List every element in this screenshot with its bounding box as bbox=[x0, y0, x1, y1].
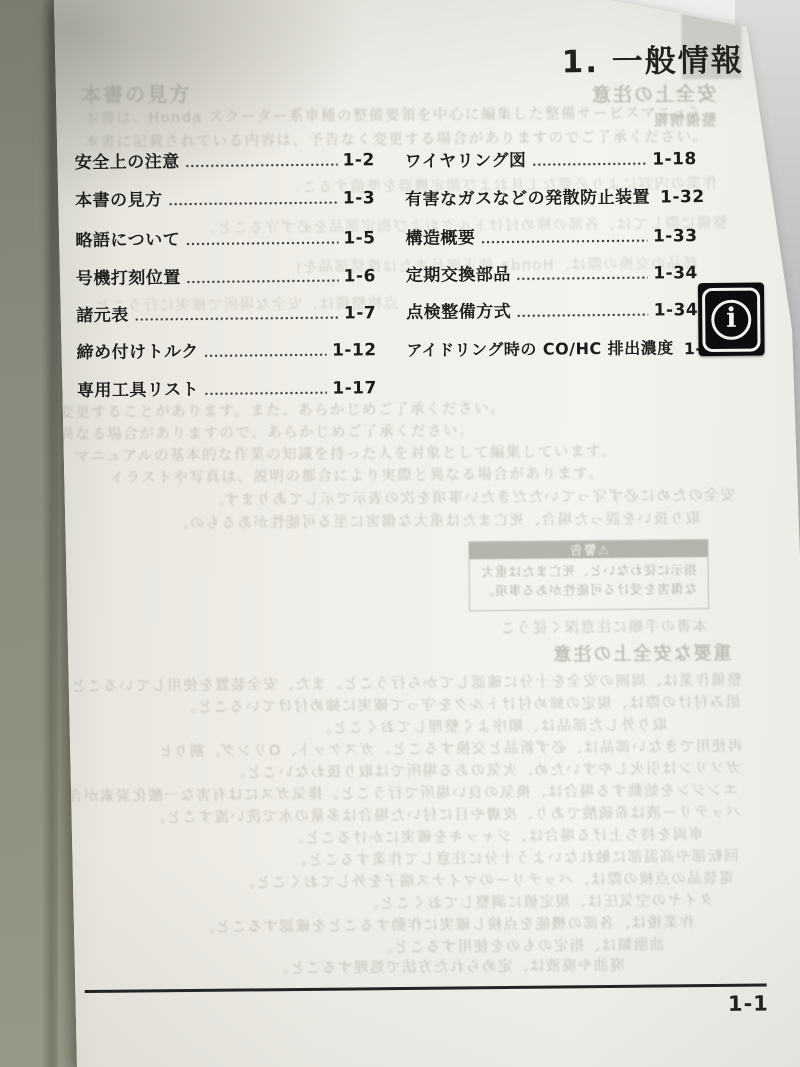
bleedthrough-warning-body: 指示に従わないと、死亡または重大な傷害を受ける可能性がある事項。 bbox=[470, 557, 708, 605]
toc-entry: 有害なガスなどの発散防止装置1-32 bbox=[405, 183, 697, 210]
toc-leader-dots bbox=[204, 334, 328, 359]
toc-entry: アイドリング時の CO/HC 排出濃度1-36 bbox=[406, 334, 698, 361]
page-number: 1-1 bbox=[605, 991, 769, 1017]
bleedthrough-line: 廃油や廃液は、定められた方法で処理すること。 bbox=[174, 954, 624, 979]
toc-label: 定期交換部品 bbox=[406, 260, 511, 286]
toc-entry: 定期交換部品1-34 bbox=[406, 259, 698, 286]
bleedthrough-heading-left: 本書の見方 bbox=[81, 78, 191, 108]
manual-page: 本書の見方 安全上の注意 整備情報 本書は、Honda スクーター系車種の整備要… bbox=[0, 0, 800, 1067]
toc-entry: 専用工具リスト1-17 bbox=[77, 374, 377, 401]
toc-page-number: 1-34 bbox=[654, 300, 699, 320]
toc-entry: 点検整備方式1-34 bbox=[406, 296, 698, 323]
bleedthrough-line: 点検整備は、安全な場所で確実に行うこと。 bbox=[86, 292, 398, 316]
bleedthrough-section-heading: 重要な安全上の注意 bbox=[541, 639, 731, 667]
bleedthrough-line: 取り外した部品は、順序よく整理しておくこと。 bbox=[67, 713, 667, 740]
toc-label: 諸元表 bbox=[76, 301, 129, 327]
bleedthrough-line: 車両を持ち上げる場合は、ジャッキを確実にかけること。 bbox=[233, 823, 703, 849]
bleedthrough-warning-band: ⚠ 警告 bbox=[469, 540, 707, 559]
bleedthrough-line: エンジンを始動する場合は、換気の良い場所で行うこと。排気ガスには有害な一酸化炭素… bbox=[68, 779, 738, 806]
info-icon: i bbox=[711, 299, 751, 339]
toc-label: 号機打刻位置 bbox=[76, 263, 181, 289]
bleedthrough-line: 部品の交換の際は、Honda 純正部品または推奨部品を使用すること。 bbox=[298, 252, 698, 277]
toc-leader-dots bbox=[516, 294, 649, 319]
bleedthrough-line: 本書は、Honda スクーター系車種の整備要領を中心に編集した整備サービスマニュ… bbox=[84, 101, 696, 128]
toc-entry: 略語について1-5 bbox=[75, 224, 375, 251]
bleedthrough-line: タイヤの空気圧は、規定値に調整しておくこと。 bbox=[99, 889, 714, 916]
bleedthrough-tab-shadow bbox=[681, 9, 742, 80]
toc-entry: 号機打刻位置1-6 bbox=[76, 262, 376, 289]
bleedthrough-line: ガソリンは引火しやすいため、火気のある場所では取り扱わないこと。 bbox=[68, 757, 741, 784]
chapter-info-tab: i bbox=[698, 282, 765, 356]
bleedthrough-line: 回転部や高温部に触れないよう十分に注意して作業すること。 bbox=[68, 845, 738, 872]
toc-page-number: 1-12 bbox=[332, 340, 377, 360]
toc-entry: 本書の見方1-3 bbox=[75, 184, 375, 211]
toc-entry: ワイヤリング図1-18 bbox=[405, 145, 697, 172]
toc-label: 専用工具リスト bbox=[77, 375, 199, 401]
toc-page-number: 1-36 bbox=[684, 339, 726, 358]
toc-page-number: 1-5 bbox=[343, 228, 375, 248]
bleedthrough-line: バッテリー液は希硫酸であり、皮膚や目に付いた場合は多量の水で洗い流すこと。 bbox=[68, 801, 741, 828]
bleedthrough-line: マニュアルの基本的な作業の知識を持った人を対象として編集しています。 bbox=[74, 439, 734, 466]
toc-page-number: 1-17 bbox=[332, 378, 377, 398]
toc-page-number: 1-32 bbox=[660, 187, 705, 207]
toc-leader-dots bbox=[167, 182, 338, 208]
toc-leader-dots bbox=[186, 260, 339, 285]
toc-page-number: 1-18 bbox=[652, 149, 697, 169]
bleedthrough-line: 作業後は、各部の機能を点検し確実に作動することを確認すること。 bbox=[124, 911, 694, 937]
toc-label: 有害なガスなどの発散防止装置 bbox=[405, 183, 650, 210]
bleedthrough-line: 変更することがあります。また、あらかじめご了承ください。 bbox=[59, 395, 739, 423]
toc-leader-dots bbox=[185, 222, 338, 247]
page-content: 本書の見方 安全上の注意 整備情報 本書は、Honda スクーター系車種の整備要… bbox=[0, 0, 800, 1067]
toc-leader-dots bbox=[516, 257, 649, 282]
toc-page-number: 1-6 bbox=[344, 266, 376, 286]
toc-page-number: 1-33 bbox=[653, 226, 698, 246]
toc-entry: 構造概要1-33 bbox=[405, 222, 697, 249]
bleedthrough-warning-box: ⚠ 警告 指示に従わないと、死亡または重大な傷害を受ける可能性がある事項。 bbox=[468, 539, 709, 611]
bleedthrough-line: 安全のために必ず守っていただきたい事項を次の表示で示してあります。 bbox=[60, 484, 735, 511]
toc-label: 点検整備方式 bbox=[406, 297, 511, 323]
bleedthrough-heading-right: 安全上の注意 bbox=[556, 79, 716, 108]
warning-triangle-icon: ⚠ bbox=[596, 542, 609, 556]
toc-leader-dots bbox=[531, 143, 647, 168]
bleedthrough-line: 組み付けの際は、規定の締め付けトルクを守って確実に締め付けていること。 bbox=[67, 691, 740, 718]
toc-label: ワイヤリング図 bbox=[405, 146, 527, 172]
bleedthrough-line: 本書に記載されている内容は、予告なく変更する場合がありますのでご了承ください。 bbox=[84, 125, 716, 152]
bleedthrough-line: 作業の内容により必要な工具および測定機器を準備すること。 bbox=[297, 172, 717, 197]
toc-label: アイドリング時の CO/HC 排出濃度 bbox=[406, 335, 673, 361]
bleedthrough-line: 再使用できない部品は、必ず新品と交換すること。ガスケット、Oリング、割りピンなど… bbox=[162, 735, 742, 762]
toc-label: 構造概要 bbox=[405, 223, 475, 249]
toc-page-number: 1-34 bbox=[653, 263, 698, 283]
bleedthrough-line: 電装品の点検の際は、バッテリーのマイナス端子を外しておくこと。 bbox=[84, 867, 734, 894]
toc-label: 本書の見方 bbox=[75, 185, 163, 211]
bleedthrough-line: 整備に際しては、各部の締め付けトルクおよび指定部品を必ず守ること。 bbox=[85, 212, 727, 239]
toc-label: 締め付けトルク bbox=[76, 337, 198, 363]
toc-page-number: 1-7 bbox=[344, 303, 376, 323]
toc-leader-dots bbox=[185, 144, 338, 169]
photo-backdrop: 本書の見方 安全上の注意 整備情報 本書は、Honda スクーター系車種の整備要… bbox=[0, 0, 800, 1067]
toc-label: 略語について bbox=[75, 225, 180, 251]
info-icon-glyph: i bbox=[726, 305, 737, 332]
toc-label: 安全上の注意 bbox=[75, 147, 180, 173]
bleedthrough-line: イラストや写真は、説明の都合により実際と異なる場合があります。 bbox=[110, 461, 700, 488]
bleedthrough-line: 異なる場合がありますので、あらかじめご了承ください。 bbox=[59, 417, 737, 445]
bleedthrough-line: 整備作業は、周囲の安全を十分に確認してから行うこと。また、安全装置を使用している… bbox=[67, 669, 742, 696]
toc-entry: 諸元表1-7 bbox=[76, 299, 376, 326]
toc-entry: 締め付けトルク1-12 bbox=[76, 336, 376, 363]
toc-page-number: 1-2 bbox=[342, 150, 374, 170]
info-tab-frame: i bbox=[702, 287, 761, 352]
toc-leader-dots bbox=[480, 220, 648, 246]
toc-leader-dots bbox=[204, 372, 328, 397]
footer-rule bbox=[85, 984, 767, 994]
bleedthrough-line: 本書の手順に注意深く従うこと。 bbox=[501, 615, 707, 638]
bleedthrough-subheading-right: 整備情報 bbox=[626, 109, 716, 131]
toc-entry: 安全上の注意1-2 bbox=[75, 146, 375, 173]
chapter-title: 1. 一般情報 bbox=[426, 35, 744, 83]
bleedthrough-line: 取り扱いを誤った場合、死亡または重大な傷害に至る可能性があるもの。 bbox=[60, 507, 700, 534]
bleedthrough-warning-title: 警告 bbox=[568, 541, 596, 558]
paper-sheet: 本書の見方 安全上の注意 整備情報 本書は、Honda スクーター系車種の整備要… bbox=[0, 0, 800, 1067]
bleedthrough-line: 油脂類は、指定のものを使用すること。 bbox=[144, 933, 664, 959]
toc-page-number: 1-3 bbox=[343, 188, 375, 208]
toc-leader-dots bbox=[134, 297, 340, 323]
